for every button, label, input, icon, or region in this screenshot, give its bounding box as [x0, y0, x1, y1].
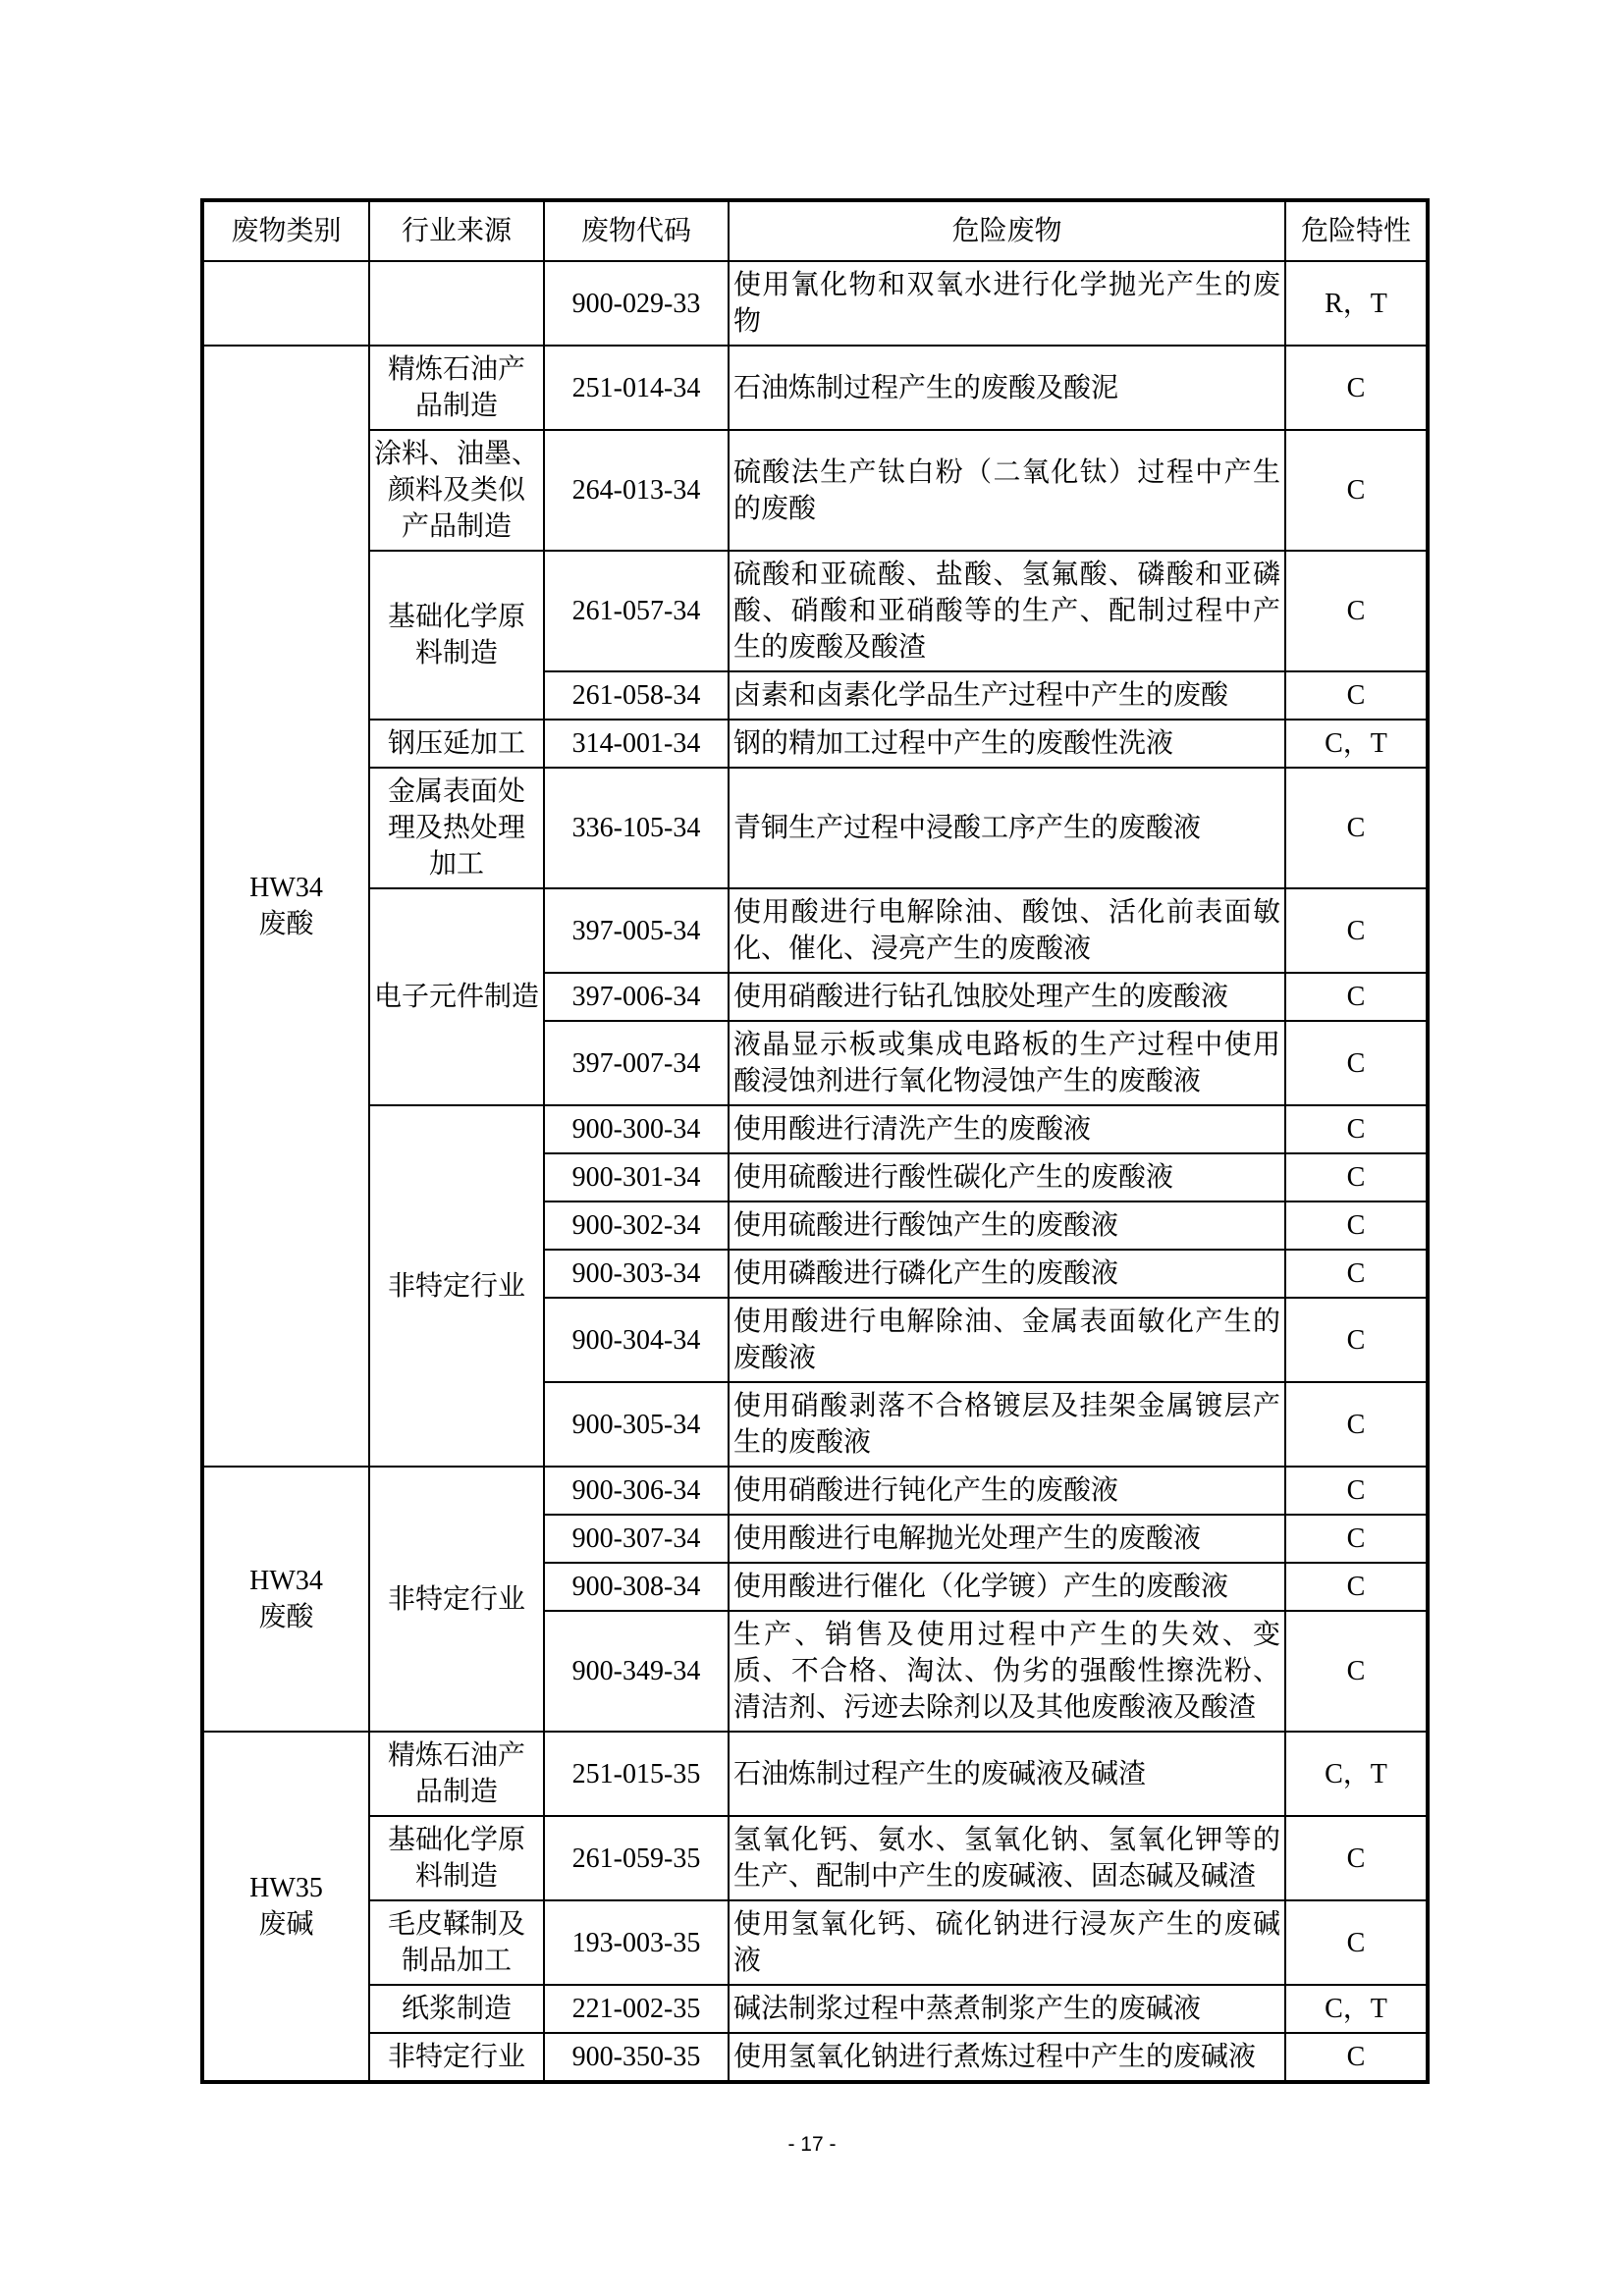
industry-source-cell [369, 261, 544, 346]
table-row: HW34 废酸 精炼石油产 品制造 251-014-34 石油炼制过程产生的废酸… [202, 346, 1428, 430]
waste-category-cell: HW34 废酸 [202, 1467, 369, 1732]
waste-code-cell: 900-350-35 [544, 2033, 729, 2082]
table-row: 毛皮鞣制及 制品加工 193-003-35 使用氢氧化钙、硫化钠进行浸灰产生的废… [202, 1900, 1428, 1985]
hazard-trait-cell: C [1285, 1900, 1428, 1985]
hazardous-waste-cell: 石油炼制过程产生的废碱液及碱渣 [729, 1732, 1285, 1816]
hazardous-waste-cell: 石油炼制过程产生的废酸及酸泥 [729, 346, 1285, 430]
hazard-trait-cell: C，T [1285, 1985, 1428, 2033]
hazardous-waste-cell: 使用酸进行催化（化学镀）产生的废酸液 [729, 1563, 1285, 1611]
table-row: HW35 废碱 精炼石油产 品制造 251-015-35 石油炼制过程产生的废碱… [202, 1732, 1428, 1816]
hazardous-waste-cell: 使用酸进行清洗产生的废酸液 [729, 1105, 1285, 1153]
table-row: 纸浆制造 221-002-35 碱法制浆过程中蒸煮制浆产生的废碱液 C，T [202, 1985, 1428, 2033]
hazard-trait-cell: C [1285, 973, 1428, 1021]
table-row: 基础化学原 料制造 261-059-35 氢氧化钙、氨水、氢氧化钠、氢氧化钾等的… [202, 1816, 1428, 1900]
waste-code-cell: 900-300-34 [544, 1105, 729, 1153]
header-hazard-trait: 危险特性 [1285, 200, 1428, 261]
hazardous-waste-cell: 青铜生产过程中浸酸工序产生的废酸液 [729, 768, 1285, 888]
waste-code-cell: 900-308-34 [544, 1563, 729, 1611]
industry-source-cell: 钢压延加工 [369, 720, 544, 768]
hazard-trait-cell: C [1285, 1021, 1428, 1105]
hazardous-waste-cell: 使用酸进行电解除油、金属表面敏化产生的废酸液 [729, 1298, 1285, 1382]
hazardous-waste-cell: 液晶显示板或集成电路板的生产过程中使用酸浸蚀剂进行氧化物浸蚀产生的废酸液 [729, 1021, 1285, 1105]
waste-category-cell: HW34 废酸 [202, 346, 369, 1467]
hazardous-waste-cell: 氢氧化钙、氨水、氢氧化钠、氢氧化钾等的生产、配制中产生的废碱液、固态碱及碱渣 [729, 1816, 1285, 1900]
hazard-trait-cell: R，T [1285, 261, 1428, 346]
header-hazardous-waste: 危险废物 [729, 200, 1285, 261]
hazardous-waste-cell: 硫酸法生产钛白粉（二氧化钛）过程中产生的废酸 [729, 430, 1285, 551]
waste-code-cell: 397-005-34 [544, 888, 729, 973]
header-waste-code: 废物代码 [544, 200, 729, 261]
waste-code-cell: 900-029-33 [544, 261, 729, 346]
hazard-trait-cell: C [1285, 768, 1428, 888]
hazard-trait-cell: C [1285, 1382, 1428, 1467]
industry-source-cell: 精炼石油产 品制造 [369, 346, 544, 430]
waste-code-cell: 397-006-34 [544, 973, 729, 1021]
hazardous-waste-cell: 使用硝酸剥落不合格镀层及挂架金属镀层产生的废酸液 [729, 1382, 1285, 1467]
industry-source-cell: 基础化学原 料制造 [369, 1816, 544, 1900]
industry-source-cell: 纸浆制造 [369, 1985, 544, 2033]
hazard-trait-cell: C [1285, 1105, 1428, 1153]
waste-code-cell: 314-001-34 [544, 720, 729, 768]
hazard-trait-cell: C [1285, 1563, 1428, 1611]
waste-category-cell [202, 261, 369, 346]
header-row: 废物类别 行业来源 废物代码 危险废物 危险特性 [202, 200, 1428, 261]
hazardous-waste-cell: 碱法制浆过程中蒸煮制浆产生的废碱液 [729, 1985, 1285, 2033]
header-waste-category: 废物类别 [202, 200, 369, 261]
waste-code-cell: 261-059-35 [544, 1816, 729, 1900]
hazardous-waste-cell: 生产、销售及使用过程中产生的失效、变质、不合格、淘汰、伪劣的强酸性擦洗粉、清洁剂… [729, 1611, 1285, 1732]
hazard-trait-cell: C，T [1285, 1732, 1428, 1816]
industry-source-cell: 非特定行业 [369, 1467, 544, 1732]
waste-code-cell: 336-105-34 [544, 768, 729, 888]
hazardous-waste-cell: 使用酸进行电解除油、酸蚀、活化前表面敏化、催化、浸亮产生的废酸液 [729, 888, 1285, 973]
hazard-trait-cell: C，T [1285, 720, 1428, 768]
waste-code-cell: 397-007-34 [544, 1021, 729, 1105]
industry-source-cell: 毛皮鞣制及 制品加工 [369, 1900, 544, 1985]
hazard-trait-cell: C [1285, 430, 1428, 551]
waste-category-cell: HW35 废碱 [202, 1732, 369, 2082]
hazardous-waste-cell: 钢的精加工过程中产生的废酸性洗液 [729, 720, 1285, 768]
document-page: 废物类别 行业来源 废物代码 危险废物 危险特性 900-029-33 使用氰化… [0, 0, 1624, 2296]
waste-code-cell: 900-305-34 [544, 1382, 729, 1467]
table-row: 非特定行业 900-350-35 使用氢氧化钠进行煮炼过程中产生的废碱液 C [202, 2033, 1428, 2082]
hazardous-waste-cell: 使用硝酸进行钻孔蚀胶处理产生的废酸液 [729, 973, 1285, 1021]
hazard-trait-cell: C [1285, 1611, 1428, 1732]
hazardous-waste-table: 废物类别 行业来源 废物代码 危险废物 危险特性 900-029-33 使用氰化… [200, 198, 1430, 2084]
table-row: 钢压延加工 314-001-34 钢的精加工过程中产生的废酸性洗液 C，T [202, 720, 1428, 768]
waste-code-cell: 251-015-35 [544, 1732, 729, 1816]
page-number: - 17 - [0, 2133, 1624, 2157]
waste-code-cell: 261-058-34 [544, 671, 729, 720]
hazard-trait-cell: C [1285, 1816, 1428, 1900]
hazardous-waste-cell: 使用硫酸进行酸性碳化产生的废酸液 [729, 1153, 1285, 1201]
industry-source-cell: 精炼石油产 品制造 [369, 1732, 544, 1816]
waste-code-cell: 261-057-34 [544, 551, 729, 671]
table-row: 金属表面处 理及热处理 加工 336-105-34 青铜生产过程中浸酸工序产生的… [202, 768, 1428, 888]
industry-source-cell: 基础化学原 料制造 [369, 551, 544, 720]
waste-code-cell: 900-301-34 [544, 1153, 729, 1201]
hazardous-waste-cell: 使用氰化物和双氧水进行化学抛光产生的废物 [729, 261, 1285, 346]
hazardous-waste-cell: 使用氢氧化钠进行煮炼过程中产生的废碱液 [729, 2033, 1285, 2082]
waste-code-cell: 900-304-34 [544, 1298, 729, 1382]
waste-code-cell: 900-302-34 [544, 1201, 729, 1250]
hazardous-waste-cell: 使用硫酸进行酸蚀产生的废酸液 [729, 1201, 1285, 1250]
table-row: 非特定行业 900-300-34 使用酸进行清洗产生的废酸液 C [202, 1105, 1428, 1153]
table-row: 900-029-33 使用氰化物和双氧水进行化学抛光产生的废物 R，T [202, 261, 1428, 346]
table-row: 电子元件制造 397-005-34 使用酸进行电解除油、酸蚀、活化前表面敏化、催… [202, 888, 1428, 973]
hazard-trait-cell: C [1285, 1515, 1428, 1563]
hazardous-waste-cell: 使用酸进行电解抛光处理产生的废酸液 [729, 1515, 1285, 1563]
waste-code-cell: 900-307-34 [544, 1515, 729, 1563]
waste-code-cell: 264-013-34 [544, 430, 729, 551]
waste-code-cell: 193-003-35 [544, 1900, 729, 1985]
waste-code-cell: 221-002-35 [544, 1985, 729, 2033]
hazard-trait-cell: C [1285, 551, 1428, 671]
industry-source-cell: 金属表面处 理及热处理 加工 [369, 768, 544, 888]
hazard-trait-cell: C [1285, 1250, 1428, 1298]
industry-source-cell: 电子元件制造 [369, 888, 544, 1105]
hazardous-waste-cell: 硫酸和亚硫酸、盐酸、氢氟酸、磷酸和亚磷酸、硝酸和亚硝酸等的生产、配制过程中产生的… [729, 551, 1285, 671]
hazard-trait-cell: C [1285, 1298, 1428, 1382]
header-industry-source: 行业来源 [369, 200, 544, 261]
table-row: 基础化学原 料制造 261-057-34 硫酸和亚硫酸、盐酸、氢氟酸、磷酸和亚磷… [202, 551, 1428, 671]
waste-code-cell: 251-014-34 [544, 346, 729, 430]
hazard-trait-cell: C [1285, 888, 1428, 973]
industry-source-cell: 非特定行业 [369, 2033, 544, 2082]
waste-code-cell: 900-306-34 [544, 1467, 729, 1515]
hazard-trait-cell: C [1285, 346, 1428, 430]
table-row: 涂料、油墨、 颜料及类似 产品制造 264-013-34 硫酸法生产钛白粉（二氧… [202, 430, 1428, 551]
hazard-trait-cell: C [1285, 2033, 1428, 2082]
hazardous-waste-cell: 使用磷酸进行磷化产生的废酸液 [729, 1250, 1285, 1298]
industry-source-cell: 非特定行业 [369, 1105, 544, 1467]
industry-source-cell: 涂料、油墨、 颜料及类似 产品制造 [369, 430, 544, 551]
waste-code-cell: 900-349-34 [544, 1611, 729, 1732]
table-row: HW34 废酸 非特定行业 900-306-34 使用硝酸进行钝化产生的废酸液 … [202, 1467, 1428, 1515]
hazard-trait-cell: C [1285, 1153, 1428, 1201]
hazard-trait-cell: C [1285, 1201, 1428, 1250]
waste-code-cell: 900-303-34 [544, 1250, 729, 1298]
hazardous-waste-cell: 使用氢氧化钙、硫化钠进行浸灰产生的废碱液 [729, 1900, 1285, 1985]
hazard-trait-cell: C [1285, 671, 1428, 720]
hazardous-waste-cell: 卤素和卤素化学品生产过程中产生的废酸 [729, 671, 1285, 720]
hazardous-waste-cell: 使用硝酸进行钝化产生的废酸液 [729, 1467, 1285, 1515]
hazard-trait-cell: C [1285, 1467, 1428, 1515]
